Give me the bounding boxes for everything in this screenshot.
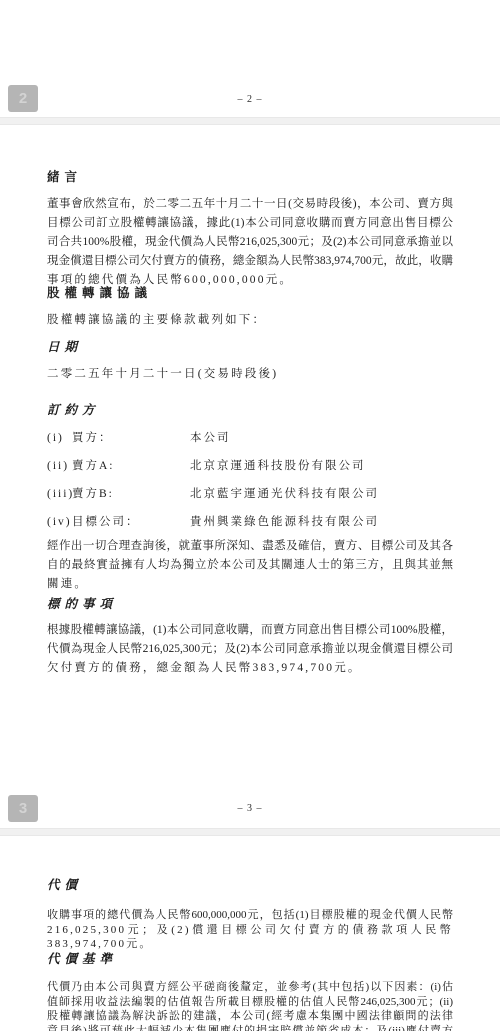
text-line: 代價乃由本公司與賣方經公平磋商後釐定，並參考(其中包括)以下因素：(i)估 [47,980,453,995]
party-value: 本公司 [190,429,453,447]
party-label: 賣方A: [72,457,190,475]
party-index: (iv) [47,513,72,531]
paragraph-basis-of-consideration: 代價乃由本公司與賣方經公平磋商後釐定，並參考(其中包括)以下因素：(i)估值師採… [47,980,453,1031]
heading-equity-transfer-agreement: 股權轉讓協議 [47,285,453,301]
text-line: 值師採用收益法編製的估值報告所載目標股權的估值人民幣246,025,300元；(… [47,995,453,1010]
party-value: 北京藍宇運通光伏科技有限公司 [190,485,453,503]
party-row-buyer: (i) 買方： 本公司 [47,429,453,447]
text-line: 司合共100%股權，現金代價為人民幣216,025,300元；及(2)本公司同意… [47,233,453,252]
text-line: 目標公司訂立股權轉讓協議，據此(1)本公司同意收購而賣方同意出售目標公 [47,214,453,233]
text-line: 代價為現金人民幣216,025,300元；及(2)本公司同意承擔並以現金償還目標… [47,640,453,659]
party-row-vendor-a: (ii) 賣方A: 北京京運通科技股份有限公司 [47,457,453,475]
paragraph-agreement-intro: 股權轉讓協議的主要條款載列如下： [47,312,453,328]
party-index: (iii) [47,485,72,503]
party-index: (ii) [47,457,72,475]
text-line: 216,025,300元；及(2)償還目標公司欠付賣方的債務款項人民幣383,9… [47,923,453,952]
paragraph-subject-matter: 根據股權轉讓協議，(1)本公司同意收購，而賣方同意出售目標公司100%股權，代價… [47,621,453,678]
text-line: 經作出一切合理查詢後，就董事所深知、盡悉及確信，賣方、目標公司及其各 [47,537,453,556]
text-line: 現金償還目標公司欠付賣方的債務，總金額為人民幣383,974,700元，故此，收… [47,252,453,271]
text-line: 意見後)將可藉此大幅減少本集團應付的損害賠償並節省成本；及(iii)應付賣方 [47,1024,453,1031]
party-value: 貴州興業綠色能源科技有限公司 [190,513,453,531]
paragraph-introduction: 董事會欣然宣布，於二零二五年十月二十一日(交易時段後)，本公司、賣方與目標公司訂… [47,195,453,290]
party-row-target-company: (iv) 目標公司： 貴州興業綠色能源科技有限公司 [47,513,453,531]
page-separator [0,828,500,836]
party-label: 賣方B: [72,485,190,503]
party-label: 買方： [72,429,190,447]
parties-list: (i) 買方： 本公司 (ii) 賣方A: 北京京運通科技股份有限公司 (iii… [47,429,453,541]
paragraph-consideration: 收購事項的總代價為人民幣600,000,000元，包括(1)目標股權的現金代價人… [47,908,453,952]
text-line: 董事會欣然宣布，於二零二五年十月二十一日(交易時段後)，本公司、賣方與 [47,195,453,214]
text-line: 根據股權轉讓協議，(1)本公司同意收購，而賣方同意出售目標公司100%股權， [47,621,453,640]
party-row-vendor-b: (iii) 賣方B: 北京藍宇運通光伏科技有限公司 [47,485,453,503]
heading-basis-of-consideration: 代價基準 [47,951,453,967]
heading-subject-matter: 標的事項 [47,596,453,612]
party-index: (i) [47,429,72,447]
text-line: 關連。 [47,575,453,594]
text-line: 收購事項的總代價為人民幣600,000,000元，包括(1)目標股權的現金代價人… [47,908,453,923]
text-line: 股權轉讓協議為解決訴訟的建議，本公司(經考慮本集團中國法律顧問的法律 [47,1009,453,1024]
page-footer: – 3 – [0,803,500,815]
heading-introduction: 緒言 [47,169,453,185]
heading-parties: 訂約方 [47,402,453,418]
paragraph-independence: 經作出一切合理查詢後，就董事所深知、盡悉及確信，賣方、目標公司及其各自的最終實益… [47,537,453,594]
paragraph-date: 二零二五年十月二十一日(交易時段後) [47,366,453,382]
party-value: 北京京運通科技股份有限公司 [190,457,453,475]
text-line: 欠付賣方的債務，總金額為人民幣383,974,700元。 [47,659,453,678]
party-label: 目標公司： [72,513,190,531]
heading-date: 日期 [47,339,453,355]
page-separator [0,117,500,125]
heading-consideration: 代價 [47,877,453,893]
text-line: 自的最終實益擁有人均為獨立於本公司及其關連人士的第三方，且與其並無 [47,556,453,575]
page-footer: – 2 – [0,94,500,106]
document-viewer: 2 – 2 – 緒言 董事會欣然宣布，於二零二五年十月二十一日(交易時段後)，本… [0,0,500,1031]
